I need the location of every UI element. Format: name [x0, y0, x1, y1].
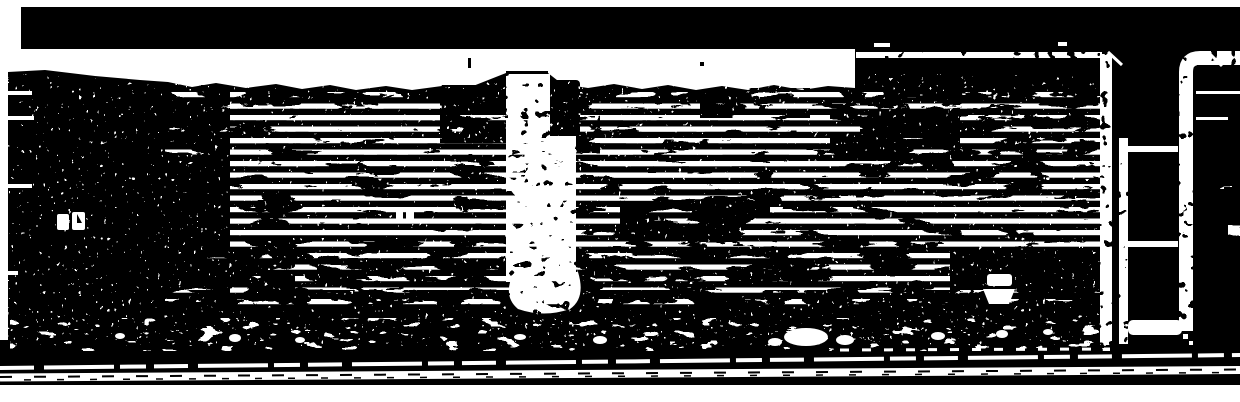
noise-speck [1228, 224, 1240, 236]
ballast-stone [996, 330, 1008, 338]
ballast-stone [295, 337, 305, 343]
ballast-stone [836, 335, 854, 345]
noise-speck [700, 62, 704, 66]
wire-mark [8, 184, 32, 188]
noise-speck [1183, 334, 1188, 339]
wire-mark [8, 116, 34, 120]
ballast-stone [1043, 329, 1053, 335]
ladder-rung [1127, 146, 1178, 152]
noise-speck [1218, 182, 1232, 187]
ballast-stone [784, 328, 828, 346]
ballast-stone [229, 334, 241, 342]
noise-speck [874, 43, 890, 47]
screenshot-frame [0, 0, 1240, 402]
wire-mark [8, 91, 32, 95]
lamp-fitting [57, 214, 69, 230]
noise-speck [1189, 341, 1193, 345]
noise-speck [468, 58, 471, 68]
ballast-stone [593, 336, 607, 344]
top-border-band [21, 7, 1240, 49]
ballast-stone [931, 332, 945, 340]
ballast-stone [115, 333, 125, 339]
ladder-rail [1119, 138, 1128, 344]
noise-speck [1058, 42, 1067, 46]
hardware-mark [396, 210, 403, 222]
top-border-rect [21, 7, 1240, 49]
ballast-stone [514, 334, 526, 340]
roof-edge-line [856, 52, 1102, 58]
ballast-stone [768, 338, 782, 346]
noise-speck [506, 71, 548, 74]
wire-mark [1196, 91, 1240, 94]
wire-mark [1196, 117, 1228, 120]
ballast-speckle [8, 74, 1112, 351]
wire-mark [8, 271, 18, 275]
salt-noise [8, 74, 1112, 346]
hardware-mark [406, 210, 414, 222]
binarized-photo [0, 0, 1240, 402]
ladder-rung [1127, 241, 1178, 247]
ballast-row [10, 318, 1110, 351]
car-right-edge [1100, 54, 1112, 345]
bucket-top [987, 274, 1012, 286]
ladder-stirrup [1128, 320, 1182, 335]
bucket-object [983, 274, 1015, 304]
